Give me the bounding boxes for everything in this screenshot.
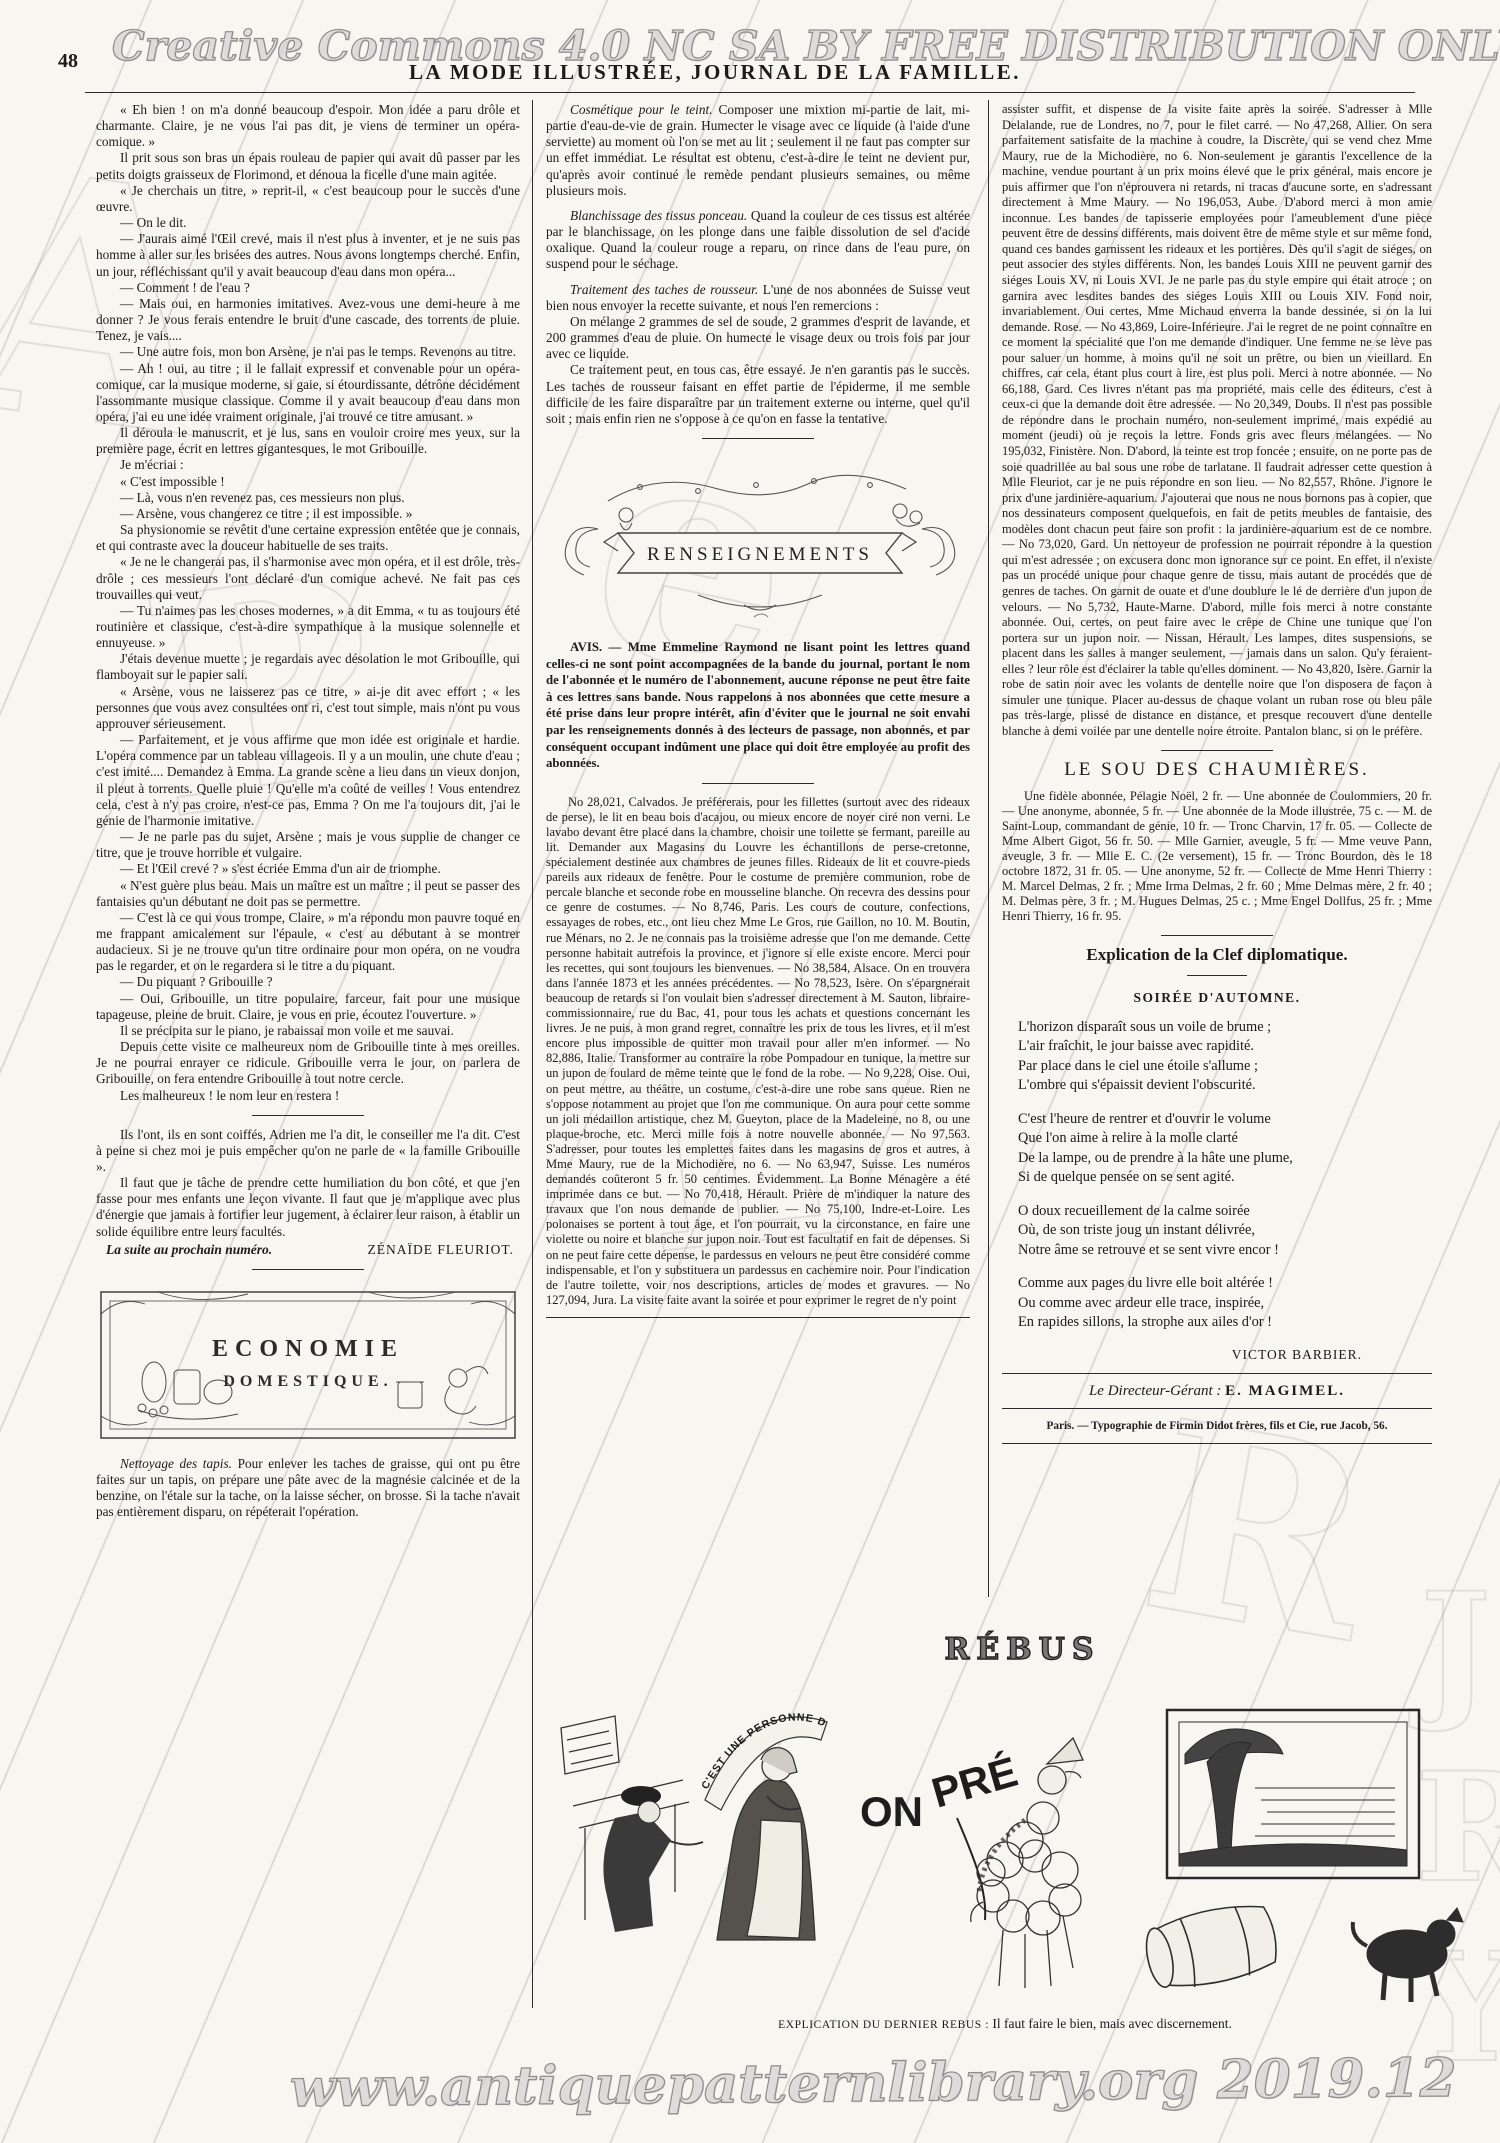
rebus-dog [1353, 1908, 1463, 2002]
clef-diplomatique-heading: Explication de la Clef diplomatique. [1002, 947, 1432, 963]
section-separator [702, 438, 814, 439]
poem-line: De la lampe, ou de prendre à la hâte une… [1018, 1149, 1432, 1169]
poem-line: L'ombre qui s'épaissit devient l'obscuri… [1018, 1076, 1432, 1096]
story-paragraph: « Je ne le changerai pas, il s'harmonise… [96, 554, 520, 602]
poem-line: Si de quelque pensée on se sent agité. [1018, 1168, 1432, 1188]
story-paragraph: — Ah ! oui, au titre ; il le fallait exp… [96, 361, 520, 426]
story-paragraph: Il prit sous son bras un épais rouleau d… [96, 150, 520, 182]
story-paragraph: Ils l'ont, ils en sont coiffés, Adrien m… [96, 1127, 520, 1175]
renseignements-banner: RENSEIGNEMENTS [548, 455, 968, 627]
author-name: ZÉNAÏDE FLEURIOT. [368, 1242, 514, 1258]
poem-line: Ou comme avec ardeur elle trace, inspiré… [1018, 1294, 1432, 1314]
economie-banner-title: ECONOMIE [212, 1336, 404, 1362]
caption-lead: EXPLICATION DU DERNIER REBUS : [778, 2019, 989, 2031]
story-paragraph: Les malheureux ! le nom leur en restera … [96, 1088, 520, 1104]
story-paragraph: — Comment ! de l'eau ? [96, 280, 520, 296]
avis-lead: AVIS. [570, 640, 602, 654]
poem-line: Par place dans le ciel une étoile s'allu… [1018, 1057, 1432, 1077]
sou-des-chaumieres-heading: LE SOU DES CHAUMIÈRES. [1002, 762, 1432, 778]
beauty-tip: Cosmétique pour le teint. Composer une m… [546, 102, 970, 199]
correspondence-block: No 28,021, Calvados. Je préférerais, pou… [546, 795, 970, 1308]
tip-lead: Cosmétique pour le teint. [570, 102, 713, 117]
economie-banner-engraving: ECONOMIE DOMESTIQUE. [98, 1286, 518, 1444]
director-label: Le Directeur-Gérant : [1089, 1383, 1221, 1399]
poem-line: Notre âme se retrouve et se sent vivre e… [1018, 1241, 1432, 1261]
section-separator [1187, 975, 1247, 976]
renseignements-banner-title: RENSEIGNEMENTS [647, 544, 873, 565]
economie-banner-subtitle: DOMESTIQUE. [223, 1373, 392, 1390]
story-paragraph: « Je cherchais un titre, » reprit-il, « … [96, 183, 520, 215]
story-paragraph: « N'est guère plus beau. Mais un maître … [96, 878, 520, 910]
renseignements-banner-engraving: RENSEIGNEMENTS [548, 455, 972, 627]
poem-stanza: Comme aux pages du livre elle boit altér… [1018, 1274, 1432, 1333]
rebus-seated-figure [603, 1786, 703, 1932]
story-paragraph: — Là, vous n'en revenez pas, ces messieu… [96, 490, 520, 506]
column-1: « Eh bien ! on m'a donné beaucoup d'espo… [96, 102, 520, 1521]
poem-line: En rapides sillons, la strophe aux ailes… [1018, 1313, 1432, 1333]
poem-author: VICTOR BARBIER. [1002, 1347, 1432, 1363]
story-paragraph: Depuis cette visite ce malheureux nom de… [96, 1039, 520, 1087]
section-separator [252, 1269, 364, 1270]
story-paragraph: Il se précipita sur le piano, je rabaiss… [96, 1023, 520, 1039]
section-separator [252, 1115, 364, 1116]
story-paragraph: — Tu n'aimes pas les choses modernes, » … [96, 603, 520, 651]
rebus-illustration: C'EST UNE PERSONNE DE RIEN JE VOUS LE DI… [555, 1668, 1490, 2008]
story-paragraph: « Arsène, vous ne laisserez pas ce titre… [96, 684, 520, 732]
story-paragraph: Il déroula le manuscrit, et je lus, sans… [96, 425, 520, 457]
poem-line: L'horizon disparaît sous un voile de bru… [1018, 1018, 1432, 1038]
column-rule [988, 100, 989, 1597]
household-tip: Nettoyage des tapis. Pour enlever les ta… [96, 1456, 520, 1521]
story-paragraph: — Oui, Gribouille, un titre populaire, f… [96, 991, 520, 1023]
story-paragraph: Sa physionomie se revêtit d'une certaine… [96, 522, 520, 554]
correspondence-block: assister suffit, et dispense de la visit… [1002, 102, 1432, 739]
avis-paragraph: AVIS. — Mme Emmeline Raymond ne lisant p… [546, 639, 970, 772]
story-paragraph: — Parfaitement, et je vous affirme que m… [96, 732, 520, 829]
column-3: assister suffit, et dispense de la visit… [1002, 102, 1432, 1453]
masthead-rule [85, 92, 1415, 93]
story-paragraph: « C'est impossible ! [96, 474, 520, 490]
rebus-framed-picture [1167, 1710, 1419, 1878]
story-paragraph: — Mais oui, en harmonies imitatives. Ave… [96, 296, 520, 344]
freckles-tip: Traitement des taches de rousseur. L'une… [546, 282, 970, 314]
poem-stanza: O doux recueillement de la calme soirée … [1018, 1202, 1432, 1261]
donations-list: Une fidèle abonnée, Pélagie Noël, 2 fr. … [1002, 789, 1432, 925]
rebus-barrel [1141, 1898, 1282, 1995]
story-paragraph: — Je ne parle pas du sujet, Arsène ; mai… [96, 829, 520, 861]
recipe-paragraph: Ce traitement peut, en tous cas, être es… [546, 362, 970, 427]
director-name: E. MAGIMEL. [1225, 1383, 1345, 1399]
tip-lead: Nettoyage des tapis. [120, 1456, 232, 1471]
story-paragraph: — C'est là ce qui vous trompe, Claire, »… [96, 910, 520, 975]
printer-imprint: Paris. — Typographie de Firmin Didot frè… [1002, 1418, 1432, 1434]
rebus-word-on: ON [860, 1788, 923, 1835]
tip-lead: Blanchissage des tissus ponceau. [570, 208, 747, 223]
story-paragraph: — Et l'Œil crevé ? » s'est écriée Emma d… [96, 861, 520, 877]
story-paragraph: « Eh bien ! on m'a donné beaucoup d'espo… [96, 102, 520, 150]
serial-note: La suite au prochain numéro. [106, 1242, 272, 1258]
story-paragraph: — J'aurais aimé l'Œil crevé, mais il n'e… [96, 231, 520, 279]
poem-line: Où, de son triste joug un instant délivr… [1018, 1221, 1432, 1241]
rebus-explanation-caption: EXPLICATION DU DERNIER REBUS : Il faut f… [550, 2016, 1460, 2032]
poem-stanza: L'horizon disparaît sous un voile de bru… [1018, 1018, 1432, 1096]
recipe-paragraph: On mélange 2 grammes de sel de soude, 2 … [546, 314, 970, 362]
footer-rule [1002, 1408, 1432, 1409]
section-separator [1161, 750, 1273, 751]
story-paragraph: Je m'écriai : [96, 457, 520, 473]
story-paragraph: — Une autre fois, mon bon Arsène, je n'a… [96, 344, 520, 360]
story-paragraph: — Arsène, vous changerez ce titre ; il e… [96, 506, 520, 522]
poem-stanza: C'est l'heure de rentrer et d'ouvrir le … [1018, 1110, 1432, 1188]
poem-title: SOIRÉE D'AUTOMNE. [1002, 990, 1432, 1006]
rebus-heading: RÉBUS [555, 1632, 1490, 1667]
laundry-tip: Blanchissage des tissus ponceau. Quand l… [546, 208, 970, 273]
poem-line: L'air fraîchit, le jour baisse avec rapi… [1018, 1037, 1432, 1057]
footer-rule [1002, 1443, 1432, 1444]
story-paragraph: — Du piquant ? Gribouille ? [96, 974, 520, 990]
rebus-word-pre: PRÉ [927, 1748, 1023, 1817]
story-paragraph: J'étais devenue muette ; je regardais av… [96, 651, 520, 683]
serial-signature: La suite au prochain numéro. ZÉNAÏDE FLE… [96, 1240, 520, 1258]
poem-line: O doux recueillement de la calme soirée [1018, 1202, 1432, 1222]
poem-line: C'est l'heure de rentrer et d'ouvrir le … [1018, 1110, 1432, 1130]
caption-text: Il faut faire le bien, mais avec discern… [989, 2016, 1232, 2031]
tip-lead: Traitement des taches de rousseur. [570, 282, 758, 297]
column-rule [532, 100, 533, 2008]
poem-line: Comme aux pages du livre elle boit altér… [1018, 1274, 1432, 1294]
journal-page: A P e L R J R Y Creative Commons 4.0 NC … [0, 0, 1500, 2143]
column-2: Cosmétique pour le teint. Composer une m… [546, 102, 970, 1327]
library-watermark-text: www.antiquepatternlibrary.org 2019.12 [290, 2047, 1457, 2119]
story-paragraph: Il faut que je tâche de prendre cette hu… [96, 1175, 520, 1240]
director-line: Le Directeur-Gérant : E. MAGIMEL. [1002, 1383, 1432, 1399]
avis-text: — Mme Emmeline Raymond ne lisant point l… [546, 640, 970, 770]
story-paragraph: — On le dit. [96, 215, 520, 231]
journal-masthead: LA MODE ILLUSTRÉE, JOURNAL DE LA FAMILLE… [0, 60, 1430, 85]
poem: L'horizon disparaît sous un voile de bru… [1002, 1018, 1432, 1333]
section-separator [702, 783, 814, 784]
section-separator [1161, 935, 1273, 936]
column-bottom-rule [546, 1317, 970, 1318]
footer-rule [1002, 1373, 1432, 1374]
poem-line: Que l'on aime à relire à la molle clarté [1018, 1129, 1432, 1149]
economie-domestique-banner: ECONOMIE DOMESTIQUE. [98, 1286, 518, 1444]
